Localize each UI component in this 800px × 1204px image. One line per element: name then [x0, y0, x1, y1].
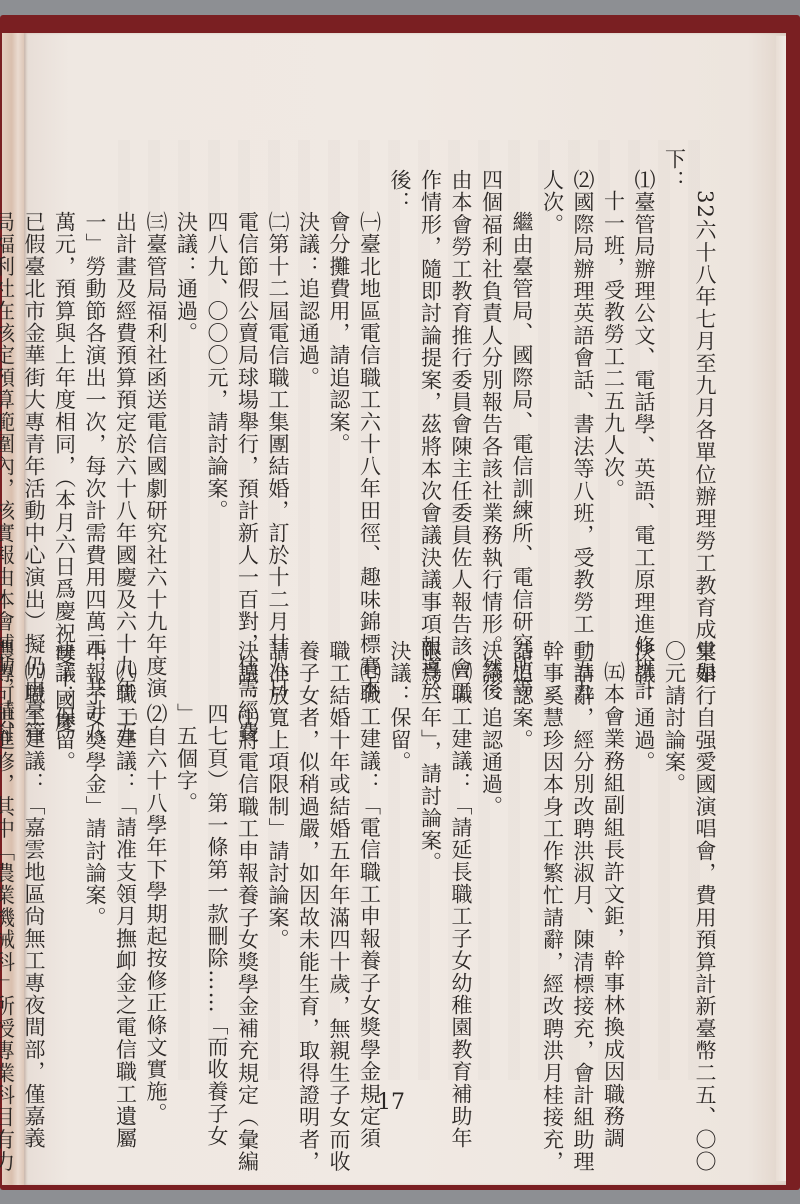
text-column: 繼由臺管局、國際局、電信訓練所、電信研究所等: [507, 148, 538, 628]
text-column: 一」勞動節各演出一次，每次計需費用四萬元，共計八: [80, 148, 111, 628]
page-right-edge: [776, 36, 786, 1181]
text-column: 堂舉行自强愛國演唱會，費用預算計新臺幣二五、〇〇: [690, 640, 721, 1080]
text-column: 決議：追認通過。: [293, 148, 324, 628]
text-column: 下：: [659, 148, 690, 628]
text-column: ⑴臺管局辦理公文、電話學、英語、電工原理進修班計: [629, 148, 660, 628]
text-column: 限爲三年」，請討論案。: [415, 640, 446, 1080]
text-column: 會分攤費用，請追認案。: [324, 148, 355, 628]
text-column: ㈦職工建議：「電信職工申報養子女獎學金規定須: [354, 640, 385, 1080]
page-number: 17: [377, 1090, 405, 1115]
text-column: ㈤本會業務組副組長許文鉅，幹事林換成因職務調: [598, 640, 629, 1080]
text-column: 人次。: [537, 148, 568, 628]
text-column: ㈠臺北地區電信職工六十八年田徑、趣味錦標賽本: [354, 148, 385, 628]
text-column: 萬元，預算與上年度相同，（本月六日爲慶祝雙十國慶: [49, 148, 80, 628]
text-column: ⑵自六十八學年下學期起按修正條文實施。: [141, 640, 172, 1080]
text-column: ㈧職工建議：「請准支領月撫卹金之電信職工遺屬: [110, 640, 141, 1080]
text-column: 已假臺北市金華街大專青年活動中心演出）擬仍由臺管: [19, 148, 50, 628]
bottom-text-block: 堂舉行自强愛國演唱會，費用預算計新臺幣二五、〇〇 〇元請討論案。 決議：通過。 …: [88, 640, 720, 1080]
text-column: 四七頁）第一條第一款刪除……「而收養子女: [202, 640, 233, 1080]
text-column: 四八九、〇〇〇元，請討論案。: [202, 148, 233, 628]
text-column: 後：: [385, 148, 416, 628]
text-column: ㈥職工建議：「請延長職工子女幼稚園教育補助年: [446, 640, 477, 1080]
text-column: 請准放寬上項限制」請討論案。: [263, 640, 294, 1080]
text-column: 32六十八年七月至九月各單位辦理勞工教育成果如: [690, 148, 721, 628]
text-column: 職工結婚十年或結婚五年年滿四十歲，無親生子女而收: [324, 640, 355, 1080]
text-column: 電信節假公賣局球場舉行，預計新人一百對，估需經費: [232, 148, 263, 628]
text-column: 決議：保留。: [49, 640, 80, 1080]
text-column: 決議：追認通過。: [476, 640, 507, 1080]
text-column: 決議：通過。: [629, 640, 660, 1080]
text-column: ㈡第十二屆電信職工集團結婚，訂於十二月廿八日: [263, 148, 294, 628]
text-column: 決議：通過。: [171, 148, 202, 628]
text-column: 十一班，受教勞工二五九人次。: [598, 148, 629, 628]
text-column: 局福利社在核定預算範圍內，核實報由本會補助，請討: [0, 148, 19, 628]
text-column: 決議：保留。: [385, 640, 416, 1080]
text-column: 出計畫及經費預算預定於六十八年國慶及六十九年「五: [110, 148, 141, 628]
text-column: 請追認案。: [507, 640, 538, 1080]
text-column: 養子女者，似稍過嚴，如因故未能生育，取得證明者，: [293, 640, 324, 1080]
text-column: 動請辭，經分別改聘洪淑月、陳清標接充，會計組助理: [568, 640, 599, 1080]
text-column: 作情形，隨即討論提案，茲將本次會議決議事項報導於: [415, 148, 446, 628]
text-column: 由本會勞工教育推行委員會陳主任委員佐人報告該會工: [446, 148, 477, 628]
text-column: 農專可供進修，其中「農業機械科」所授專業科目有力: [0, 640, 19, 1080]
text-column: ⑵國際局辦理英語會話、書法等八班，受教勞工一五九: [568, 148, 599, 628]
text-column: 」五個字。: [171, 640, 202, 1080]
text-column: 申報子女獎學金」請討論案。: [80, 640, 111, 1080]
text-column: 〇元請討論案。: [659, 640, 690, 1080]
text-column: 四個福利社負責人分別報告各該社業務執行情形。然後: [476, 148, 507, 628]
text-column: 決議：⑴將電信職工申報養子女獎學金補充規定（彙編: [232, 640, 263, 1080]
top-text-block: 32六十八年七月至九月各單位辦理勞工教育成果如 下： ⑴臺管局辦理公文、電話學、…: [88, 148, 720, 628]
text-column: 幹事奚慧珍因本身工作繁忙請辭，經改聘洪月桂接充，: [537, 640, 568, 1080]
text-column: ㈢臺管局福利社函送電信國劇研究社六十九年度演: [141, 148, 172, 628]
text-column: ㈨職工建議：「嘉雲地區尙無工專夜間部，僅嘉義: [19, 640, 50, 1080]
